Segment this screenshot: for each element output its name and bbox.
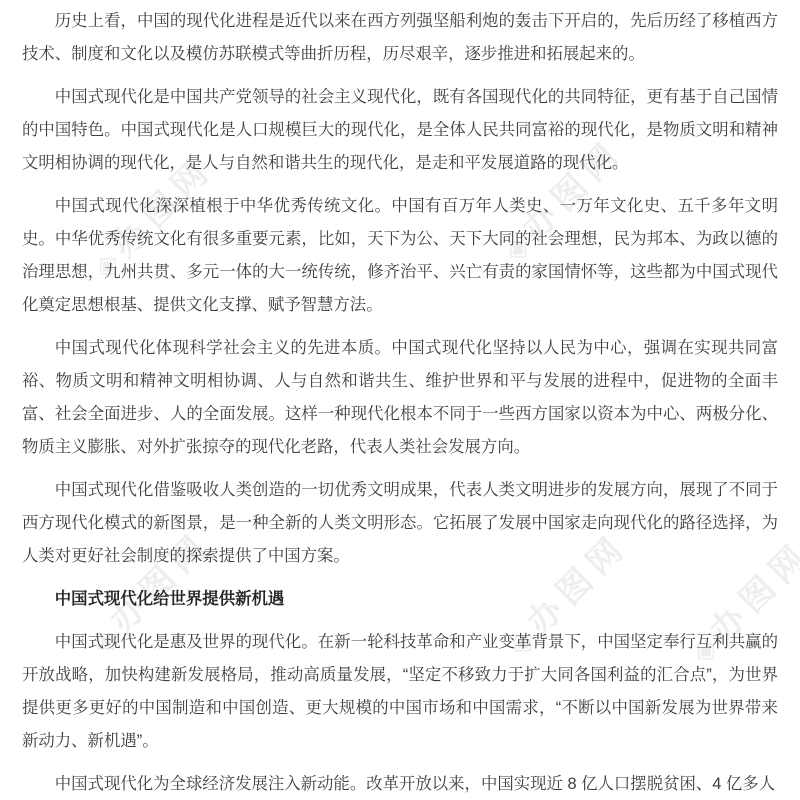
paragraph-scientific-socialism: 中国式现代化体现科学社会主义的先进本质。中国式现代化坚持以人民为中心，强调在实现… — [22, 332, 778, 464]
paragraph-history: 历史上看，中国的现代化进程是近代以来在西方列强坚船利炮的轰击下开启的，先后历经了… — [22, 5, 778, 71]
paragraph-global-economy: 中国式现代化为全球经济发展注入新动能。改革开放以来，中国实现近 8 亿人口摆脱贫… — [22, 768, 778, 800]
paragraph-party-led: 中国式现代化是中国共产党领导的社会主义现代化，既有各国现代化的共同特征，更有基于… — [22, 81, 778, 180]
document-content: 历史上看，中国的现代化进程是近代以来在西方列强坚船利炮的轰击下开启的，先后历经了… — [0, 0, 800, 800]
paragraph-traditional-culture: 中国式现代化深深植根于中华优秀传统文化。中国有百万年人类史、一万年文化史、五千多… — [22, 190, 778, 322]
paragraph-civilization-achievements: 中国式现代化借鉴吸收人类创造的一切优秀文明成果，代表人类文明进步的发展方向，展现… — [22, 474, 778, 573]
document-page: ◈办图网 ◈办图网 ◈办图网 ◈办图网 ◈办图网 历史上看，中国的现代化进程是近… — [0, 0, 800, 800]
section-heading: 中国式现代化给世界提供新机遇 — [22, 583, 778, 616]
paragraph-world-benefit: 中国式现代化是惠及世界的现代化。在新一轮科技革命和产业变革背景下，中国坚定奉行互… — [22, 626, 778, 758]
